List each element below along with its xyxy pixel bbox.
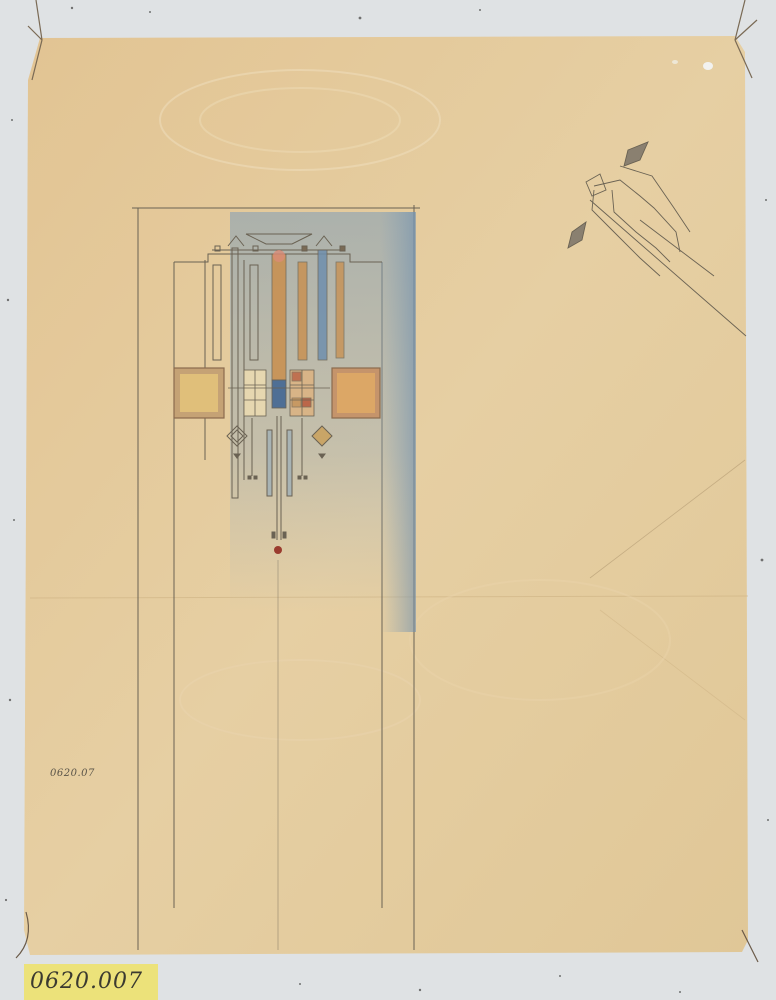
drawing-sheet: [0, 0, 776, 1000]
catalog-pencil-note: 0620.07: [50, 768, 95, 779]
photo-stage: 0620.07 0620.007: [0, 0, 776, 1000]
archive-label-tag: 0620.007: [24, 964, 158, 1000]
